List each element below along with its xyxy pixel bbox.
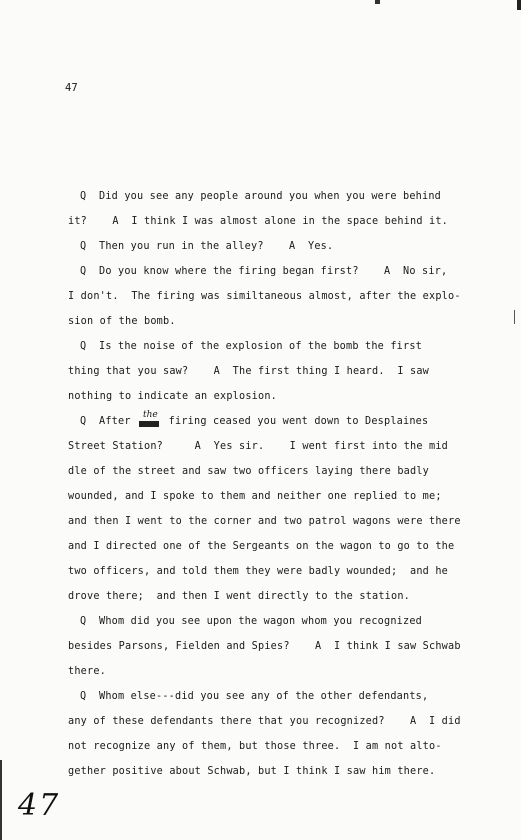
transcript-line: Q Do you know where the firing began fir… (80, 266, 447, 277)
scan-mark (514, 310, 515, 324)
transcript-line: Q Then you run in the alley? A Yes. (80, 241, 333, 252)
transcript-line: Street Station? A Yes sir. I went first … (68, 441, 448, 452)
transcript-line: dle of the street and saw two officers l… (68, 466, 429, 477)
transcript-line: drove there; and then I went directly to… (68, 591, 410, 602)
transcript-line: not recognize any of them, but those thr… (68, 741, 442, 752)
handwritten-page-number: 47 (18, 788, 60, 823)
transcript-line: and I directed one of the Sergeants on t… (68, 541, 454, 552)
transcript-line: any of these defendants there that you r… (68, 716, 461, 727)
transcript-line: Q Is the noise of the explosion of the b… (80, 341, 422, 352)
transcript-line: and then I went to the corner and two pa… (68, 516, 461, 527)
document-page: 47 Q Did you see any people around you w… (0, 0, 521, 840)
transcript-line: there. (68, 666, 106, 677)
transcript-line: it? A I think I was almost alone in the … (68, 216, 448, 227)
transcript-line: I don't. The firing was similtaneous alm… (68, 291, 461, 302)
handwritten-insertion: the (143, 410, 158, 420)
transcript-line: besides Parsons, Fielden and Spies? A I … (68, 641, 461, 652)
struck-word (139, 421, 159, 427)
transcript-line: gether positive about Schwab, but I thin… (68, 766, 435, 777)
page-edge (0, 760, 2, 840)
transcript-line: Q Whom else---did you see any of the oth… (80, 691, 428, 702)
transcript-line: thing that you saw? A The first thing I … (68, 366, 429, 377)
transcript-line: Q Whom did you see upon the wagon whom y… (80, 616, 422, 627)
scan-mark (517, 0, 521, 10)
transcript-line: nothing to indicate an explosion. (68, 391, 277, 402)
transcript-line: sion of the bomb. (68, 316, 176, 327)
transcript-line: Q Did you see any people around you when… (80, 191, 441, 202)
transcript-line: wounded, and I spoke to them and neither… (68, 491, 442, 502)
scan-mark (375, 0, 380, 4)
transcript-line: Q After firing ceased you went down to D… (80, 416, 428, 427)
page-number: 47 (65, 82, 78, 94)
transcript-line: two officers, and told them they were ba… (68, 566, 448, 577)
